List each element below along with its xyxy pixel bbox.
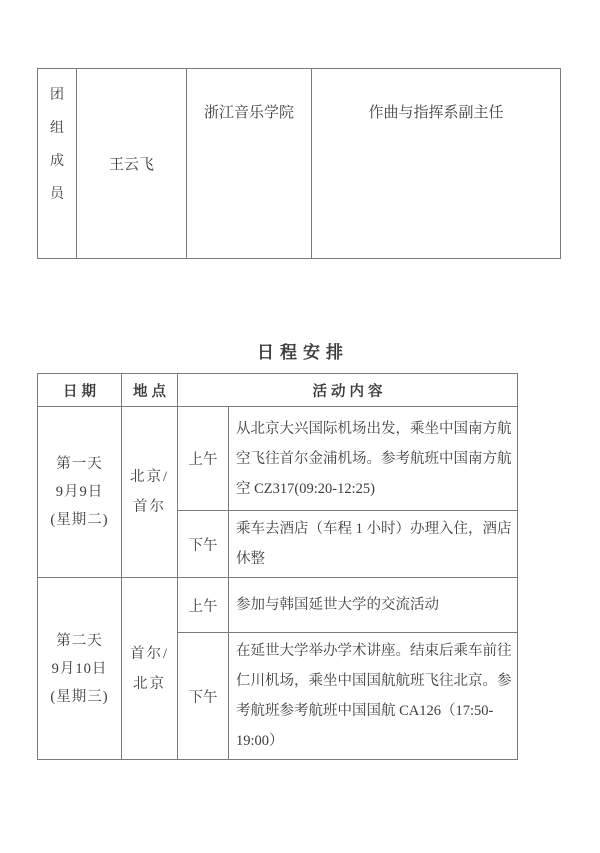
day1-am-label-cell: 上午 [178,407,229,511]
header-location: 地点 [122,374,178,407]
day1-pm-label-cell: 下午 [178,511,229,578]
member-name: 王云飞 [109,157,154,173]
day1-location-line1: 北京/ [122,462,177,492]
schedule-header-row: 日期 地点 活动内容 [38,374,518,407]
schedule-section-title: 日程安排 [0,338,600,363]
day2-am-activity: 参加与韩国延世大学的交流活动 [229,578,518,633]
day1-am-label: 上午 [189,452,218,468]
day1-date: 9月9日 [38,478,121,506]
day2-pm-activity: 在延世大学举办学术讲座。结束后乘车前往仁川机场，乘坐中国国航航班飞往北京。参考航… [229,633,518,760]
day2-date-cell: 第二天 9月10日 (星期三) [38,578,122,760]
day2-date: 9月10日 [38,655,121,683]
member-position: 作曲与指挥系副主任 [368,105,503,121]
schedule-table: 日期 地点 活动内容 第一天 9月9日 (星期二) 北京/ 首尔 上午 从北京大… [37,373,518,760]
members-table: 团组成员 王云飞 浙江音乐学院 作曲与指挥系副主任 [37,68,561,259]
day1-pm-label: 下午 [189,538,218,554]
day2-location-cell: 首尔/ 北京 [122,578,178,760]
day1-label: 第一天 [38,450,121,478]
day1-date-cell: 第一天 9月9日 (星期二) [38,407,122,578]
member-row: 团组成员 王云飞 浙江音乐学院 作曲与指挥系副主任 [38,69,561,259]
day1-location-line2: 首尔 [122,492,177,522]
day2-am-label: 上午 [189,599,218,615]
member-institution: 浙江音乐学院 [204,105,294,121]
day2-weekday: (星期三) [38,683,121,711]
day2-am-label-cell: 上午 [178,578,229,633]
day1-am-activity: 从北京大兴国际机场出发，乘坐中国南方航空飞往首尔金浦机场。参考航班中国南方航空 … [229,407,518,511]
member-position-cell: 作曲与指挥系副主任 [312,69,561,259]
day1-pm-activity: 乘车去酒店（车程 1 小时）办理入住，酒店休整 [229,511,518,578]
header-activity: 活动内容 [178,374,518,407]
header-date: 日期 [38,374,122,407]
schedule-row-day2-am: 第二天 9月10日 (星期三) 首尔/ 北京 上午 参加与韩国延世大学的交流活动 [38,578,518,633]
day2-location-line2: 北京 [122,669,177,699]
document-page: 团组成员 王云飞 浙江音乐学院 作曲与指挥系副主任 日程安排 日期 地点 活动内… [0,0,600,853]
member-institution-cell: 浙江音乐学院 [187,69,312,259]
day2-pm-label-cell: 下午 [178,633,229,760]
day2-label: 第二天 [38,627,121,655]
member-name-cell: 王云飞 [77,69,187,259]
day1-weekday: (星期二) [38,506,121,534]
day1-location-cell: 北京/ 首尔 [122,407,178,578]
member-group-header-cell: 团组成员 [38,69,77,259]
schedule-row-day1-am: 第一天 9月9日 (星期二) 北京/ 首尔 上午 从北京大兴国际机场出发，乘坐中… [38,407,518,511]
member-group-label: 团组成员 [49,79,65,211]
day2-location-line1: 首尔/ [122,639,177,669]
day2-pm-label: 下午 [189,690,218,706]
